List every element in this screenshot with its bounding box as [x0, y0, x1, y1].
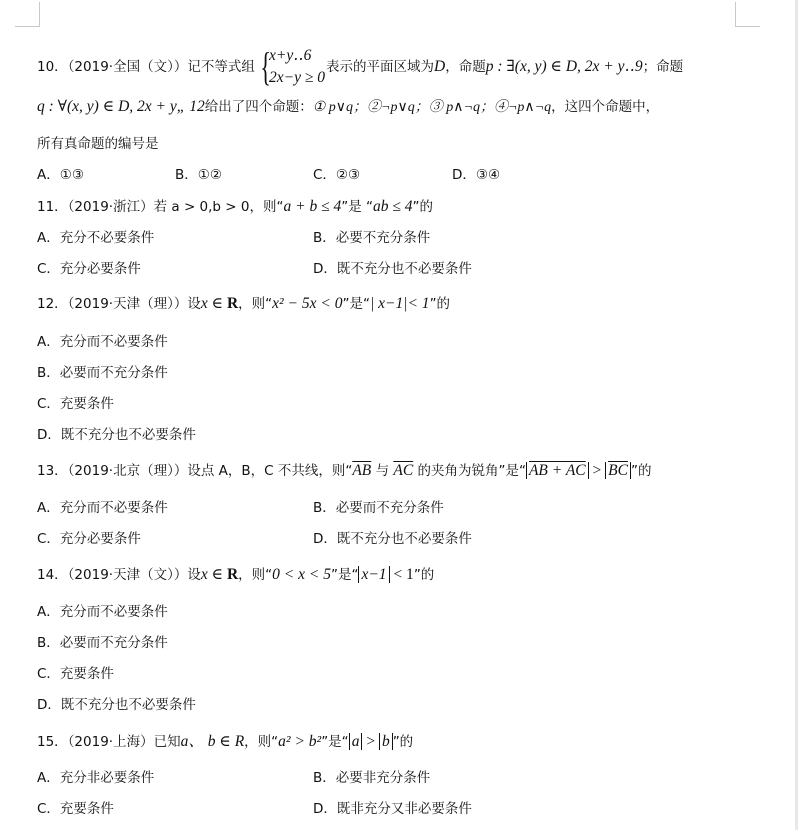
- inequality-system: {x+y‥62x−y ≥ 0: [256, 45, 325, 89]
- question-10-option-c[interactable]: C．②③: [313, 165, 360, 185]
- stem-text: ”的: [393, 734, 414, 750]
- stem-text: ”的: [414, 567, 435, 583]
- math-expr: a、 b ∈ R: [181, 733, 245, 750]
- abs-b: b: [379, 733, 393, 750]
- question-10-line-1: 10．（2019·全国（文））记不等式组{x+y‥62x−y ≥ 0表示的平面区…: [37, 45, 683, 89]
- stem-text: 给出了四个命题：: [205, 99, 313, 115]
- stem-text: 设点 A，B，C 不共线，则“: [187, 463, 352, 479]
- question-number: 14．: [37, 567, 68, 583]
- compound-prop-2: ；②¬p∨q: [353, 100, 415, 115]
- question-source: （2019·天津（理））: [68, 296, 188, 312]
- stem-text: ”是“: [342, 296, 370, 312]
- question-15-stem: 15．（2019·上海）已知a、 b ∈ R，则“a² > b²”是“a > b…: [37, 732, 413, 752]
- question-14-option-d[interactable]: D．既不充分也不必要条件: [37, 695, 196, 715]
- stem-text: ”的: [430, 296, 451, 312]
- math-expr: x ∈: [201, 566, 227, 583]
- question-source: （2019·全国（文））: [68, 59, 188, 75]
- page-corner-mark-right: [735, 2, 760, 27]
- math-operator: >: [362, 733, 379, 750]
- stem-text: ，这四个命题中，: [551, 99, 659, 115]
- condition-expr: a² > b²: [278, 733, 321, 750]
- question-14-option-a[interactable]: A．充分而不必要条件: [37, 602, 168, 622]
- abs-a: a: [349, 733, 363, 750]
- question-13-option-b[interactable]: B．必要而不充分条件: [313, 498, 444, 518]
- stem-text: 的夹角为锐角”是“: [413, 463, 526, 479]
- page-corner-mark-left: [15, 2, 40, 27]
- question-12-option-b[interactable]: B．必要而不充分条件: [37, 363, 168, 383]
- condition-expr: a + b ≤ 4: [283, 198, 341, 215]
- compound-prop-4: ；④¬p∧¬q: [480, 100, 551, 115]
- question-10-line-3: 所有真命题的编号是: [37, 134, 159, 154]
- stem-text: ”是“: [321, 734, 349, 750]
- question-source: （2019·天津（文））: [68, 567, 188, 583]
- stem-text: ”是“: [331, 567, 359, 583]
- inequality-1: x+y‥6: [269, 45, 325, 67]
- stem-text: ，则“: [238, 567, 272, 583]
- question-11-stem: 11．（2019·浙江）若 a > 0,b > 0，则“a + b ≤ 4”是 …: [37, 197, 433, 217]
- stem-text: 表示的平面区域为: [326, 59, 434, 75]
- stem-text: ”是 “: [341, 199, 373, 215]
- question-10-option-b[interactable]: B．①②: [175, 165, 222, 185]
- stem-text: ”的: [413, 199, 434, 215]
- question-13-option-d[interactable]: D．既不充分也不必要条件: [313, 529, 472, 549]
- question-12-option-d[interactable]: D．既不充分也不必要条件: [37, 425, 196, 445]
- question-15-option-a[interactable]: A．充分非必要条件: [37, 768, 154, 788]
- stem-text: 记不等式组: [187, 59, 255, 75]
- question-number: 10．: [37, 59, 68, 75]
- real-numbers-symbol: R: [227, 295, 238, 312]
- stem-text: 若 a > 0,b > 0，则“: [154, 199, 284, 215]
- region-D: D: [434, 58, 445, 75]
- question-11-option-a[interactable]: A．充分不必要条件: [37, 228, 154, 248]
- question-10-line-2: q : ∀(x, y) ∈ D, 2x + y„ 12给出了四个命题：① p∨q…: [37, 97, 659, 118]
- compound-prop-1: ① p∨q: [313, 100, 353, 115]
- stem-text: ，命题: [445, 59, 486, 75]
- stem-text: 已知: [154, 734, 181, 750]
- question-12-option-c[interactable]: C．充要条件: [37, 394, 114, 414]
- question-12-option-a[interactable]: A．充分而不必要条件: [37, 332, 168, 352]
- question-10-option-a[interactable]: A．①③: [37, 165, 84, 185]
- question-14-option-b[interactable]: B．必要而不充分条件: [37, 633, 168, 653]
- question-11-option-b[interactable]: B．必要不充分条件: [313, 228, 430, 248]
- math-operator: >: [589, 462, 606, 479]
- abs-expr: x−1: [358, 566, 389, 583]
- stem-text: ，则“: [244, 734, 278, 750]
- stem-text: 设: [187, 296, 201, 312]
- condition-expr: < 1: [390, 566, 414, 583]
- question-number: 13．: [37, 463, 68, 479]
- condition-expr: 0 < x < 5: [272, 566, 331, 583]
- question-15-option-c[interactable]: C．充要条件: [37, 799, 114, 819]
- question-13-option-c[interactable]: C．充分必要条件: [37, 529, 141, 549]
- condition-expr: x² − 5x < 0: [272, 295, 342, 312]
- question-13-stem: 13．（2019·北京（理））设点 A，B，C 不共线，则“AB 与 AC 的夹…: [37, 461, 651, 481]
- real-numbers-symbol: R: [227, 566, 238, 583]
- question-10-option-d[interactable]: D．③④: [452, 165, 500, 185]
- question-14-option-c[interactable]: C．充要条件: [37, 664, 114, 684]
- question-source: （2019·浙江）: [68, 199, 154, 215]
- question-12-stem: 12．（2019·天津（理））设x ∈ R，则“x² − 5x < 0”是“| …: [37, 294, 450, 314]
- question-number: 15．: [37, 734, 68, 750]
- question-11-option-d[interactable]: D．既不充分也不必要条件: [313, 259, 472, 279]
- question-14-stem: 14．（2019·天津（文））设x ∈ R，则“0 < x < 5”是“x−1 …: [37, 565, 434, 585]
- vector-AB: AB: [352, 462, 371, 479]
- question-13-option-a[interactable]: A．充分而不必要条件: [37, 498, 168, 518]
- condition-expr: | x−1|< 1: [370, 295, 430, 312]
- condition-expr: ab ≤ 4: [373, 198, 413, 215]
- inequality-2: 2x−y ≥ 0: [269, 67, 325, 89]
- question-11-option-c[interactable]: C．充分必要条件: [37, 259, 141, 279]
- stem-text: 与: [371, 463, 393, 479]
- vector-sum-magnitude: AB + AC: [526, 462, 589, 479]
- stem-text: ，则“: [238, 296, 272, 312]
- compound-prop-3: ；③ p∧¬q: [415, 100, 480, 115]
- question-15-option-b[interactable]: B．必要非充分条件: [313, 768, 430, 788]
- vector-BC-magnitude: BC: [605, 462, 631, 479]
- stem-text: ”的: [631, 463, 652, 479]
- proposition-p: p : ∃(x, y) ∈ D, 2x + y‥9: [486, 58, 643, 75]
- question-source: （2019·上海）: [68, 734, 154, 750]
- question-number: 12．: [37, 296, 68, 312]
- vector-AC: AC: [393, 462, 413, 479]
- question-source: （2019·北京（理））: [68, 463, 188, 479]
- stem-text: ；命题: [643, 59, 684, 75]
- math-expr: x ∈: [201, 295, 227, 312]
- question-number: 11．: [37, 199, 68, 215]
- proposition-q: q : ∀(x, y) ∈ D, 2x + y„ 12: [37, 98, 205, 115]
- question-15-option-d[interactable]: D．既非充分又非必要条件: [313, 799, 472, 819]
- left-brace-icon: {: [260, 47, 271, 87]
- stem-text: 设: [187, 567, 201, 583]
